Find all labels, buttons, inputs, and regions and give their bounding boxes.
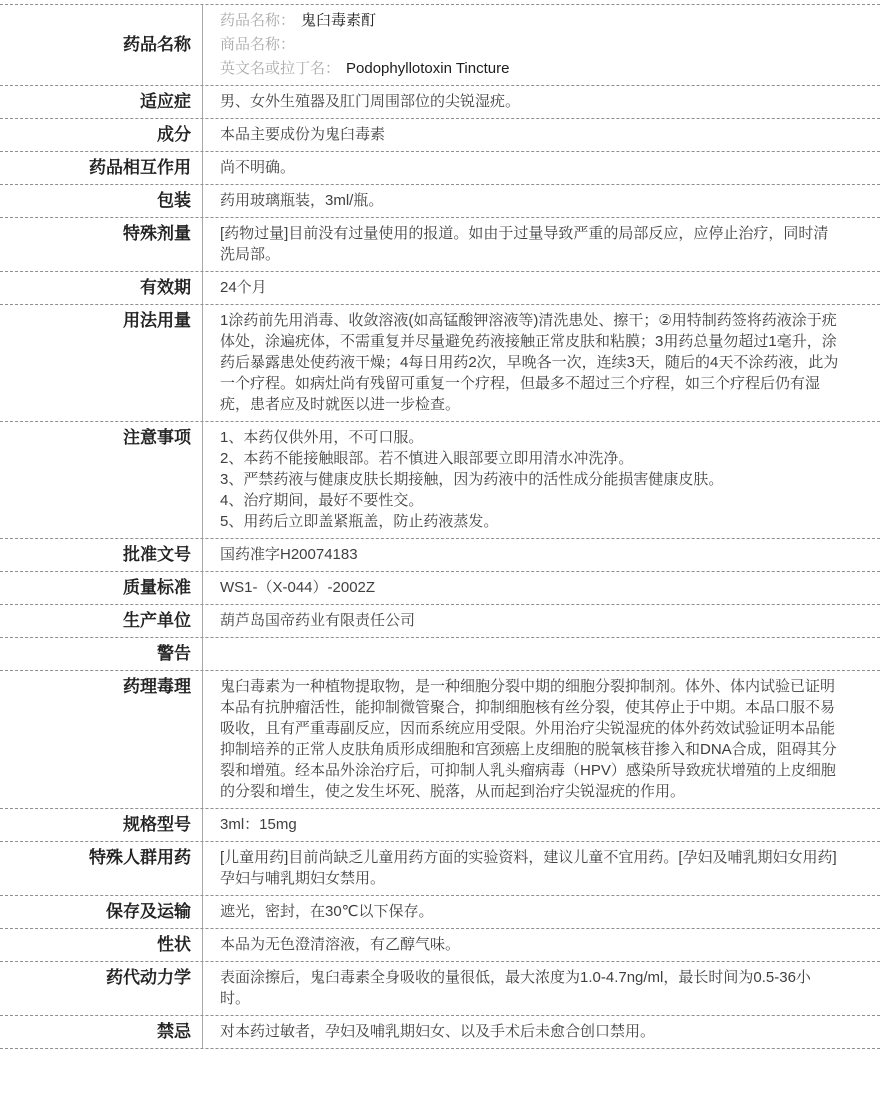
name-field-value: 鬼臼毒素酊: [295, 12, 376, 29]
row-value: 遮光，密封，在30℃以下保存。: [203, 896, 880, 928]
row-value: 3ml：15mg: [203, 809, 880, 841]
table-row: 药品名称药品名称：鬼臼毒素酊商品名称：英文名或拉丁名：Podophyllotox…: [0, 5, 880, 86]
row-value-text: 尚不明确。: [220, 159, 295, 176]
precaution-item: 2、本药不能接触眼部。若不慎进入眼部要立即用清水冲洗净。: [220, 448, 840, 469]
row-label-text: 用法用量: [0, 310, 191, 332]
table-row: 用法用量1涂药前先用消毒、收敛溶液(如高锰酸钾溶液等)清洗患处、擦干；②用特制药…: [0, 305, 880, 422]
row-value: WS1-（X-044）-2002Z: [203, 572, 880, 604]
row-value-text: 遮光，密封，在30℃以下保存。: [220, 903, 434, 920]
row-label-text: 质量标准: [0, 577, 191, 599]
name-field-label: 药品名称：: [220, 12, 295, 29]
row-label-text: 成分: [0, 124, 191, 146]
row-value: [203, 638, 880, 670]
table-row: 生产单位葫芦岛国帝药业有限责任公司: [0, 605, 880, 638]
precaution-item: 1、本药仅供外用，不可口服。: [220, 427, 840, 448]
table-row: 规格型号3ml：15mg: [0, 809, 880, 842]
row-value: 24个月: [203, 272, 880, 304]
row-label-text: 药品名称: [0, 34, 191, 56]
row-value: 男、女外生殖器及肛门周围部位的尖锐湿疣。: [203, 86, 880, 118]
row-label: 适应症: [0, 86, 203, 118]
row-label-text: 特殊人群用药: [0, 847, 191, 869]
table-row: 禁忌对本药过敏者，孕妇及哺乳期妇女、以及手术后未愈合创口禁用。: [0, 1016, 880, 1049]
row-label-text: 特殊剂量: [0, 223, 191, 245]
row-value-text: 鬼臼毒素为一种植物提取物，是一种细胞分裂中期的细胞分裂抑制剂。体外、体内试验已证…: [220, 678, 837, 800]
row-label: 用法用量: [0, 305, 203, 421]
table-row: 包装药用玻璃瓶装，3ml/瓶。: [0, 185, 880, 218]
row-label-text: 包装: [0, 190, 191, 212]
name-field-value: Podophyllotoxin Tincture: [340, 60, 509, 77]
row-value-text: 1涂药前先用消毒、收敛溶液(如高锰酸钾溶液等)清洗患处、擦干；②用特制药签将药液…: [220, 312, 838, 413]
table-row: 适应症男、女外生殖器及肛门周围部位的尖锐湿疣。: [0, 86, 880, 119]
row-value: 尚不明确。: [203, 152, 880, 184]
row-value-text: 对本药过敏者，孕妇及哺乳期妇女、以及手术后未愈合创口禁用。: [220, 1023, 655, 1040]
table-row: 性状本品为无色澄清溶液，有乙醇气味。: [0, 929, 880, 962]
precaution-item: 3、严禁药液与健康皮肤长期接触，因为药液中的活性成分能损害健康皮肤。: [220, 469, 840, 490]
name-field: 药品名称：鬼臼毒素酊: [220, 9, 840, 33]
row-value: 国药准字H20074183: [203, 539, 880, 571]
row-value-text: [儿童用药]目前尚缺乏儿童用药方面的实验资料，建议儿童不宜用药。[孕妇及哺乳期妇…: [220, 849, 837, 887]
row-label-text: 药理毒理: [0, 676, 191, 698]
table-row: 成分本品主要成份为鬼臼毒素: [0, 119, 880, 152]
name-field-label: 英文名或拉丁名：: [220, 60, 340, 77]
table-row: 注意事项1、本药仅供外用，不可口服。2、本药不能接触眼部。若不慎进入眼部要立即用…: [0, 422, 880, 539]
precaution-item: 4、治疗期间，最好不要性交。: [220, 490, 840, 511]
row-label: 批准文号: [0, 539, 203, 571]
row-label: 质量标准: [0, 572, 203, 604]
table-row: 保存及运输遮光，密封，在30℃以下保存。: [0, 896, 880, 929]
row-label-text: 批准文号: [0, 544, 191, 566]
row-value: 对本药过敏者，孕妇及哺乳期妇女、以及手术后未愈合创口禁用。: [203, 1016, 880, 1048]
row-label: 成分: [0, 119, 203, 151]
row-label: 注意事项: [0, 422, 203, 538]
row-label: 包装: [0, 185, 203, 217]
row-value-text: 24个月: [220, 279, 267, 296]
table-row: 特殊人群用药[儿童用药]目前尚缺乏儿童用药方面的实验资料，建议儿童不宜用药。[孕…: [0, 842, 880, 896]
row-value-text: 3ml：15mg: [220, 816, 297, 833]
row-value-text: [药物过量]目前没有过量使用的报道。如由于过量导致严重的局部反应，应停止治疗，同…: [220, 225, 828, 263]
row-value-text: 表面涂擦后，鬼臼毒素全身吸收的量很低，最大浓度为1.0-4.7ng/ml，最长时…: [220, 969, 811, 1007]
name-field: 商品名称：: [220, 33, 840, 57]
table-row: 质量标准WS1-（X-044）-2002Z: [0, 572, 880, 605]
row-value-text: 药用玻璃瓶装，3ml/瓶。: [220, 192, 383, 209]
row-label: 特殊剂量: [0, 218, 203, 271]
row-label: 生产单位: [0, 605, 203, 637]
row-value: 1涂药前先用消毒、收敛溶液(如高锰酸钾溶液等)清洗患处、擦干；②用特制药签将药液…: [203, 305, 880, 421]
row-label-text: 适应症: [0, 91, 191, 113]
row-label-text: 有效期: [0, 277, 191, 299]
row-label: 规格型号: [0, 809, 203, 841]
row-label: 有效期: [0, 272, 203, 304]
row-value: [药物过量]目前没有过量使用的报道。如由于过量导致严重的局部反应，应停止治疗，同…: [203, 218, 880, 271]
row-label: 药品相互作用: [0, 152, 203, 184]
row-value: 鬼臼毒素为一种植物提取物，是一种细胞分裂中期的细胞分裂抑制剂。体外、体内试验已证…: [203, 671, 880, 808]
row-label: 警告: [0, 638, 203, 670]
row-value: 表面涂擦后，鬼臼毒素全身吸收的量很低，最大浓度为1.0-4.7ng/ml，最长时…: [203, 962, 880, 1015]
row-value-text: 本品为无色澄清溶液，有乙醇气味。: [220, 936, 460, 953]
row-value-text: WS1-（X-044）-2002Z: [220, 579, 375, 596]
row-label: 药代动力学: [0, 962, 203, 1015]
row-label-text: 药品相互作用: [0, 157, 191, 179]
row-label-text: 禁忌: [0, 1021, 191, 1043]
row-value: 药品名称：鬼臼毒素酊商品名称：英文名或拉丁名：Podophyllotoxin T…: [203, 5, 880, 85]
row-label-text: 注意事项: [0, 427, 191, 449]
row-label-text: 生产单位: [0, 610, 191, 632]
row-value: 葫芦岛国帝药业有限责任公司: [203, 605, 880, 637]
row-label-text: 规格型号: [0, 814, 191, 836]
row-value-text: 葫芦岛国帝药业有限责任公司: [220, 612, 415, 629]
row-label-text: 性状: [0, 934, 191, 956]
row-label: 禁忌: [0, 1016, 203, 1048]
row-value: 1、本药仅供外用，不可口服。2、本药不能接触眼部。若不慎进入眼部要立即用清水冲洗…: [203, 422, 880, 538]
name-field-value: [295, 36, 301, 53]
name-field-label: 商品名称：: [220, 36, 295, 53]
table-row: 药品相互作用尚不明确。: [0, 152, 880, 185]
row-value: 药用玻璃瓶装，3ml/瓶。: [203, 185, 880, 217]
table-row: 药理毒理鬼臼毒素为一种植物提取物，是一种细胞分裂中期的细胞分裂抑制剂。体外、体内…: [0, 671, 880, 809]
row-value-text: 男、女外生殖器及肛门周围部位的尖锐湿疣。: [220, 93, 520, 110]
row-value-text: 本品主要成份为鬼臼毒素: [220, 126, 385, 143]
name-field: 英文名或拉丁名：Podophyllotoxin Tincture: [220, 57, 840, 81]
row-value: [儿童用药]目前尚缺乏儿童用药方面的实验资料，建议儿童不宜用药。[孕妇及哺乳期妇…: [203, 842, 880, 895]
precaution-item: 5、用药后立即盖紧瓶盖，防止药液蒸发。: [220, 511, 840, 532]
table-row: 警告: [0, 638, 880, 671]
row-value-text: 国药准字H20074183: [220, 546, 358, 563]
table-row: 药代动力学表面涂擦后，鬼臼毒素全身吸收的量很低，最大浓度为1.0-4.7ng/m…: [0, 962, 880, 1016]
drug-info-table: 药品名称药品名称：鬼臼毒素酊商品名称：英文名或拉丁名：Podophyllotox…: [0, 4, 880, 1049]
row-label: 药理毒理: [0, 671, 203, 808]
row-value: 本品为无色澄清溶液，有乙醇气味。: [203, 929, 880, 961]
row-value: 本品主要成份为鬼臼毒素: [203, 119, 880, 151]
row-label-text: 警告: [0, 643, 191, 665]
table-row: 特殊剂量[药物过量]目前没有过量使用的报道。如由于过量导致严重的局部反应，应停止…: [0, 218, 880, 272]
table-row: 有效期24个月: [0, 272, 880, 305]
table-row: 批准文号国药准字H20074183: [0, 539, 880, 572]
row-label: 性状: [0, 929, 203, 961]
row-label-text: 保存及运输: [0, 901, 191, 923]
row-label-text: 药代动力学: [0, 967, 191, 989]
row-label: 药品名称: [0, 5, 203, 85]
row-label: 保存及运输: [0, 896, 203, 928]
row-label: 特殊人群用药: [0, 842, 203, 895]
